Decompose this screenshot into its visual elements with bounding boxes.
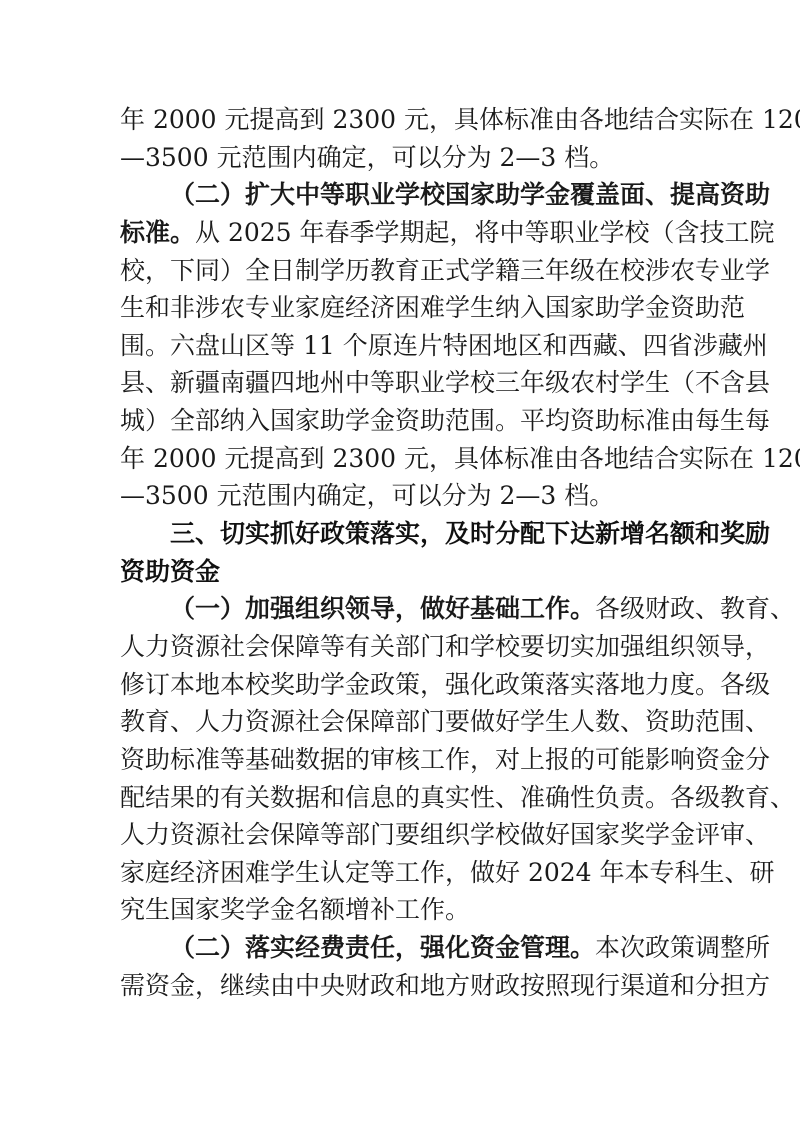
text-line: 究生国家奖学金名额增补工作。 <box>120 891 682 929</box>
text-line: 生和非涉农专业家庭经济困难学生纳入国家助学金资助范 <box>120 289 682 327</box>
text-line: （二）落实经费责任，强化资金管理。本次政策调整所 <box>120 929 682 967</box>
subsection-heading: （二）扩大中等职业学校国家助学金覆盖面、提高资助 <box>120 176 682 214</box>
text-line: 城）全部纳入国家助学金资助范围。平均资助标准由每生每 <box>120 402 682 440</box>
text-line: 年 2000 元提高到 2300 元，具体标准由各地结合实际在 1200 <box>120 440 682 478</box>
text-line: —3500 元范围内确定，可以分为 2—3 档。 <box>120 139 682 177</box>
text-line: 年 2000 元提高到 2300 元，具体标准由各地结合实际在 1200 <box>120 101 682 139</box>
text-line: 校，下同）全日制学历教育正式学籍三年级在校涉农专业学 <box>120 252 682 290</box>
text-fragment: 本次政策调整所 <box>595 933 770 962</box>
text-line: （一）加强组织领导，做好基础工作。各级财政、教育、 <box>120 590 682 628</box>
text-line: 人力资源社会保障等有关部门和学校要切实加强组织领导， <box>120 628 682 666</box>
text-line: 配结果的有关数据和信息的真实性、准确性负责。各级教育、 <box>120 779 682 817</box>
text-fragment: 从 2025 年春季学期起，将中等职业学校（含技工院 <box>195 218 775 247</box>
text-line: 需资金，继续由中央财政和地方财政按照现行渠道和分担方 <box>120 967 682 1005</box>
text-line: 标准。从 2025 年春季学期起，将中等职业学校（含技工院 <box>120 214 682 252</box>
text-line: 县、新疆南疆四地州中等职业学校三年级农村学生（不含县 <box>120 364 682 402</box>
section-heading: 三、切实抓好政策落实，及时分配下达新增名额和奖励 <box>120 515 682 553</box>
text-line: 修订本地本校奖助学金政策，强化政策落实落地力度。各级 <box>120 666 682 704</box>
text-line: —3500 元范围内确定，可以分为 2—3 档。 <box>120 477 682 515</box>
subsection-heading: （二）落实经费责任，强化资金管理。 <box>170 933 595 962</box>
section-heading-continuation: 资助资金 <box>120 553 682 591</box>
text-line: 围。六盘山区等 11 个原连片特困地区和西藏、四省涉藏州 <box>120 327 682 365</box>
text-line: 资助标准等基础数据的审核工作，对上报的可能影响资金分 <box>120 741 682 779</box>
document-page: 年 2000 元提高到 2300 元，具体标准由各地结合实际在 1200 —35… <box>120 101 682 1004</box>
subsection-heading: （一）加强组织领导，做好基础工作。 <box>170 594 595 623</box>
text-line: 人力资源社会保障等部门要组织学校做好国家奖学金评审、 <box>120 816 682 854</box>
text-fragment: 各级财政、教育、 <box>595 594 795 623</box>
text-line: 家庭经济困难学生认定等工作，做好 2024 年本专科生、研 <box>120 854 682 892</box>
subsection-heading-continuation: 标准。 <box>120 218 195 247</box>
text-line: 教育、人力资源社会保障部门要做好学生人数、资助范围、 <box>120 703 682 741</box>
